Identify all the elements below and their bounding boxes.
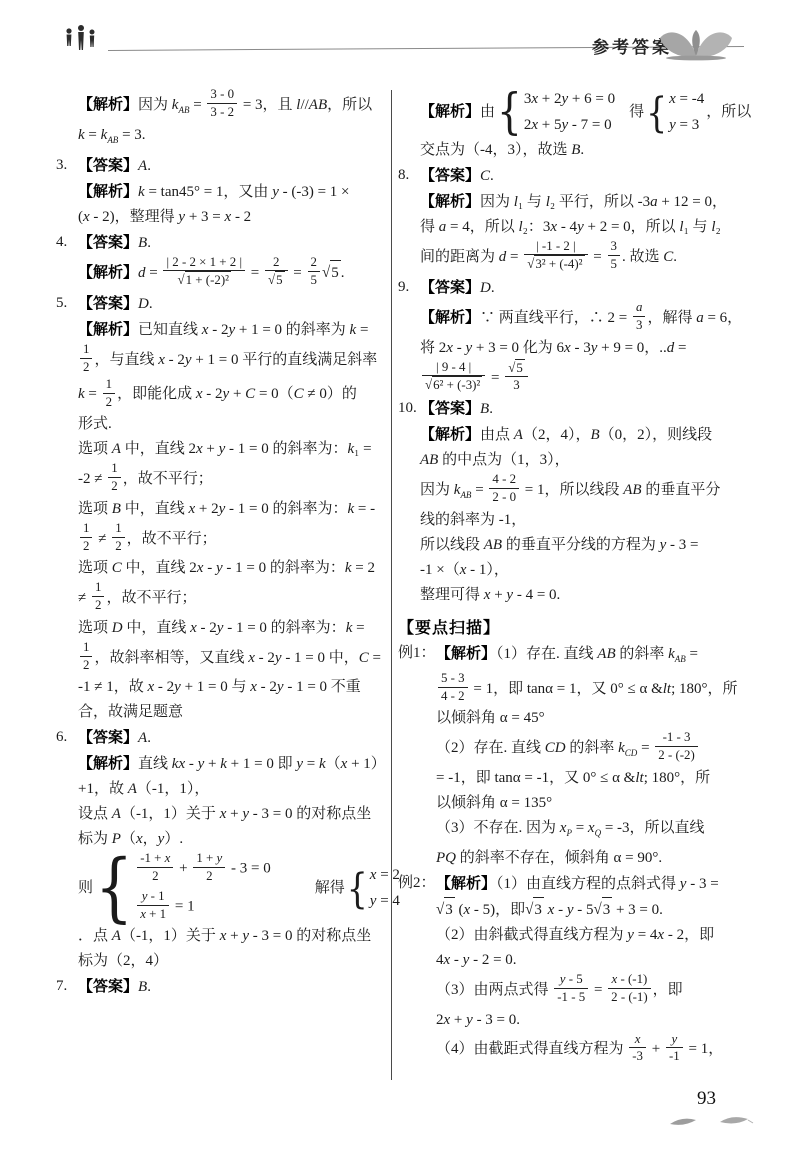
item-number: 6. bbox=[56, 725, 67, 750]
line-text: 【要点扫描】 bbox=[398, 620, 500, 637]
line-text: （3）由两点式得 y - 5-1 - 5 = x - (-1)2 - (-1)，… bbox=[436, 982, 683, 998]
right-column: 【解析】由{3x + 2y + 6 = 02x + 5y - 7 = 0得{x … bbox=[398, 88, 754, 1067]
content-line: 2x + y - 3 = 0. bbox=[398, 1008, 754, 1033]
line-text: 12，故斜率相等，又直线 x - 2y - 1 = 0 中，C = bbox=[78, 650, 381, 666]
answer-page: 参考答案 【解析】因为 kAB = 3 - 03 - 2 = 3，且 l//AB… bbox=[0, 0, 800, 1157]
line-text: 【解析】（1）由直线方程的点斜式得 y - 3 = bbox=[436, 876, 719, 892]
line-text: 所以线段 AB 的垂直平分线的方程为 y - 3 = bbox=[420, 537, 699, 553]
line-text: 选项 D 中，直线 x - 2y - 1 = 0 的斜率为：k = bbox=[78, 620, 365, 636]
line-text: k = 12，即能化成 x - 2y + C = 0（C ≠ 0）的 bbox=[78, 386, 357, 402]
content-line: k = 12，即能化成 x - 2y + C = 0（C ≠ 0）的 bbox=[56, 378, 390, 413]
line-text: = -1，即 tanα = -1，又 0° ≤ α &lt; 180°，所 bbox=[436, 770, 710, 786]
line-text: 【解析】d = | 2 - 2 × 1 + 2 |√1 + (-2)² = 2√… bbox=[78, 265, 344, 281]
content-line: 【解析】k = tan45° = 1，又由 y - (-3) = 1 × bbox=[56, 179, 390, 205]
content-line: PQ 的斜率不存在，倾斜角 α = 90°. bbox=[398, 846, 754, 871]
content-line: 8.【答案】C. bbox=[398, 163, 754, 189]
content-line: -1 ≠ 1，故 x - 2y + 1 = 0 与 x - 2y - 1 = 0… bbox=[56, 675, 390, 700]
content-line: 3.【答案】A. bbox=[56, 153, 390, 179]
content-line: 【解析】因为 l₁ 与 l₂ 平行，所以 -3a + 12 = 0， bbox=[398, 189, 754, 215]
content-line: 【解析】因为 kAB = 3 - 03 - 2 = 3，且 l//AB，所以 bbox=[56, 88, 390, 123]
line-text: 【解析】因为 kAB = 3 - 03 - 2 = 3，且 l//AB，所以 bbox=[78, 97, 372, 113]
line-text: -2 ≠ 12，故不平行； bbox=[78, 471, 213, 487]
line-text: 交点为（-4，3），故选 B. bbox=[420, 142, 584, 158]
content-line: 4.【答案】B. bbox=[56, 230, 390, 256]
line-text: 【解析】直线 kx - y + k + 1 = 0 即 y = k（x + 1） bbox=[78, 756, 386, 772]
line-text: 间的距离为 d = | -1 - 2 |√3² + (-4)² = 35. 故选… bbox=[420, 249, 677, 265]
content-line: 则{-1 + x2 + 1 + y2 - 3 = 0y - 1x + 1 = 1… bbox=[56, 852, 390, 924]
line-text: （2）存在. 直线 CD 的斜率 kCD = -1 - 32 - (-2) bbox=[436, 740, 700, 756]
line-text: 以倾斜角 α = 45° bbox=[436, 710, 545, 726]
content-line: 以倾斜角 α = 45° bbox=[398, 706, 754, 731]
content-line: （3）由两点式得 y - 5-1 - 5 = x - (-1)2 - (-1)，… bbox=[398, 973, 754, 1008]
content-line: 选项 A 中，直线 2x + y - 1 = 0 的斜率为：k₁ = bbox=[56, 437, 390, 462]
item-number: 3. bbox=[56, 153, 67, 178]
line-text: 【答案】B. bbox=[78, 235, 151, 251]
line-text: 选项 C 中，直线 2x - y - 1 = 0 的斜率为：k = 2 bbox=[78, 560, 375, 576]
content-line: 间的距离为 d = | -1 - 2 |√3² + (-4)² = 35. 故选… bbox=[398, 240, 754, 276]
content-line: 【解析】d = | 2 - 2 × 1 + 2 |√1 + (-2)² = 2√… bbox=[56, 256, 390, 292]
line-text: 形式. bbox=[78, 416, 112, 432]
content-line: 选项 C 中，直线 2x - y - 1 = 0 的斜率为：k = 2 bbox=[56, 556, 390, 581]
line-text: 【答案】A. bbox=[78, 158, 151, 174]
line-text: （2）由斜截式得直线方程为 y = 4x - 2，即 bbox=[436, 927, 714, 943]
line-text: 2x + y - 3 = 0. bbox=[436, 1012, 520, 1028]
line-text: 5 - 34 - 2 = 1，即 tanα = 1，又 0° ≤ α &lt; … bbox=[436, 681, 738, 697]
content-line: AB 的中点为（1，3）， bbox=[398, 448, 754, 473]
line-text: AB 的中点为（1，3）， bbox=[420, 452, 570, 468]
item-number: 9. bbox=[398, 275, 409, 300]
line-text: √3 (x - 5)，即√3 x - y - 5√3 + 3 = 0. bbox=[436, 902, 663, 918]
content-line: 6.【答案】A. bbox=[56, 725, 390, 751]
line-text: （3）不存在. 因为 xP = xQ = -3，所以直线 bbox=[436, 820, 705, 836]
content-line: | 9 - 4 |√6² + (-3)² = √53 bbox=[398, 361, 754, 397]
item-number: 例1： bbox=[398, 641, 436, 666]
content-line: 例2：【解析】（1）由直线方程的点斜式得 y - 3 = bbox=[398, 871, 754, 897]
content-line: 形式. bbox=[56, 412, 390, 437]
line-text: 【解析】k = tan45° = 1，又由 y - (-3) = 1 × bbox=[78, 184, 350, 200]
line-text: +1，故 A（-1，1）， bbox=[78, 781, 209, 797]
item-number: 10. bbox=[398, 396, 417, 421]
content-line: = -1，即 tanα = -1，又 0° ≤ α &lt; 180°，所 bbox=[398, 766, 754, 791]
content-line: 12，故斜率相等，又直线 x - 2y - 1 = 0 中，C = bbox=[56, 641, 390, 676]
line-text: 整理可得 x + y - 4 = 0. bbox=[420, 587, 560, 603]
content-line: （2）存在. 直线 CD 的斜率 kCD = -1 - 32 - (-2) bbox=[398, 731, 754, 766]
line-text: 【答案】B. bbox=[420, 401, 493, 417]
content-line: 【解析】直线 kx - y + k + 1 = 0 即 y = k（x + 1） bbox=[56, 751, 390, 777]
content-line: +1，故 A（-1，1）， bbox=[56, 777, 390, 802]
content-line: 【解析】由{3x + 2y + 6 = 02x + 5y - 7 = 0得{x … bbox=[398, 88, 754, 138]
page-number: 93 bbox=[697, 1088, 716, 1110]
line-text: 【答案】C. bbox=[420, 168, 494, 184]
line-text: 选项 A 中，直线 2x + y - 1 = 0 的斜率为：k₁ = bbox=[78, 441, 372, 457]
content-line: ≠ 12，故不平行； bbox=[56, 581, 390, 616]
content-line: 【解析】已知直线 x - 2y + 1 = 0 的斜率为 k = bbox=[56, 317, 390, 343]
content-line: 标为（2，4） bbox=[56, 949, 390, 974]
content-line: 4x - y - 2 = 0. bbox=[398, 948, 754, 973]
content-line: √3 (x - 5)，即√3 x - y - 5√3 + 3 = 0. bbox=[398, 897, 754, 923]
line-text: 【解析】∵ 两直线平行，∴ 2 = a3，解得 a = 6， bbox=[420, 310, 742, 326]
content-line: k = kAB = 3. bbox=[56, 123, 390, 153]
content-line: （2）由斜截式得直线方程为 y = 4x - 2，即 bbox=[398, 923, 754, 948]
line-text: 【答案】A. bbox=[78, 730, 151, 746]
line-text: 【解析】因为 l₁ 与 l₂ 平行，所以 -3a + 12 = 0， bbox=[420, 194, 727, 210]
item-number: 8. bbox=[398, 163, 409, 188]
line-text: 【答案】D. bbox=[78, 296, 153, 312]
line-text: 选项 B 中，直线 x + 2y - 1 = 0 的斜率为：k = - bbox=[78, 501, 375, 517]
moth-icon bbox=[652, 22, 740, 69]
content-line: 将 2x - y + 3 = 0 化为 6x - 3y + 9 = 0，..d … bbox=[398, 336, 754, 361]
content-line: 10.【答案】B. bbox=[398, 396, 754, 422]
line-text: （4）由截距式得直线方程为 x-3 + y-1 = 1， bbox=[436, 1041, 723, 1057]
line-text: 【解析】由{3x + 2y + 6 = 02x + 5y - 7 = 0得{x … bbox=[420, 104, 751, 120]
content-line: 【解析】∵ 两直线平行，∴ 2 = a3，解得 a = 6， bbox=[398, 301, 754, 336]
content-line: 线的斜率为 -1， bbox=[398, 508, 754, 533]
content-line: 7.【答案】B. bbox=[56, 974, 390, 1000]
content-line: 【解析】由点 A（2，4），B（0，2），则线段 bbox=[398, 422, 754, 448]
content-line: 合，故满足题意 bbox=[56, 700, 390, 725]
section-heading: 【要点扫描】 bbox=[398, 616, 754, 641]
content-line: 整理可得 x + y - 4 = 0. bbox=[398, 583, 754, 608]
column-divider bbox=[391, 90, 392, 1080]
line-text: 线的斜率为 -1， bbox=[420, 512, 526, 528]
content-line: 设点 A（-1，1）关于 x + y - 3 = 0 的对称点坐 bbox=[56, 802, 390, 827]
content-line: 9.【答案】D. bbox=[398, 275, 754, 301]
content-line: 因为 kAB = 4 - 22 - 0 = 1，所以线段 AB 的垂直平分 bbox=[398, 473, 754, 508]
line-text: 得 a = 4，所以 l₂：3x - 4y + 2 = 0，所以 l₁ 与 l₂ bbox=[420, 219, 721, 235]
content-line: 12，与直线 x - 2y + 1 = 0 平行的直线满足斜率 bbox=[56, 343, 390, 378]
content-line: 选项 B 中，直线 x + 2y - 1 = 0 的斜率为：k = - bbox=[56, 497, 390, 522]
content-line: -2 ≠ 12，故不平行； bbox=[56, 462, 390, 497]
item-number: 4. bbox=[56, 230, 67, 255]
line-text: -1 ≠ 1，故 x - 2y + 1 = 0 与 x - 2y - 1 = 0… bbox=[78, 679, 361, 695]
item-number: 7. bbox=[56, 974, 67, 999]
line-text: 【答案】B. bbox=[78, 979, 151, 995]
content-line: 5 - 34 - 2 = 1，即 tanα = 1，又 0° ≤ α &lt; … bbox=[398, 672, 754, 707]
left-column: 【解析】因为 kAB = 3 - 03 - 2 = 3，且 l//AB，所以k … bbox=[56, 88, 390, 1000]
line-text: 标为（2，4） bbox=[78, 953, 168, 969]
content-line: (x - 2)，整理得 y + 3 = x - 2 bbox=[56, 205, 390, 230]
walking-people-icon bbox=[60, 24, 108, 63]
content-line: 选项 D 中，直线 x - 2y - 1 = 0 的斜率为：k = bbox=[56, 616, 390, 641]
line-text: PQ 的斜率不存在，倾斜角 α = 90°. bbox=[436, 850, 662, 866]
content-line: 5.【答案】D. bbox=[56, 291, 390, 317]
line-text: ．点 A（-1，1）关于 x + y - 3 = 0 的对称点坐 bbox=[78, 928, 371, 944]
line-text: 以倾斜角 α = 135° bbox=[436, 795, 552, 811]
line-text: -1 ×（x - 1）， bbox=[420, 562, 509, 578]
content-line: -1 ×（x - 1）， bbox=[398, 558, 754, 583]
line-text: 【答案】D. bbox=[420, 280, 495, 296]
line-text: 12，与直线 x - 2y + 1 = 0 平行的直线满足斜率 bbox=[78, 352, 377, 368]
line-text: k = kAB = 3. bbox=[78, 127, 146, 143]
content-line: 以倾斜角 α = 135° bbox=[398, 791, 754, 816]
line-text: 设点 A（-1，1）关于 x + y - 3 = 0 的对称点坐 bbox=[78, 806, 371, 822]
line-text: 12 ≠ 12，故不平行； bbox=[78, 531, 217, 547]
item-number: 例2： bbox=[398, 871, 436, 896]
line-text: 4x - y - 2 = 0. bbox=[436, 952, 517, 968]
line-text: 【解析】由点 A（2，4），B（0，2），则线段 bbox=[420, 427, 712, 443]
content-line: 所以线段 AB 的垂直平分线的方程为 y - 3 = bbox=[398, 533, 754, 558]
line-text: ≠ 12，故不平行； bbox=[78, 590, 196, 606]
content-line: 得 a = 4，所以 l₂：3x - 4y + 2 = 0，所以 l₁ 与 l₂ bbox=[398, 215, 754, 240]
content-line: 例1：【解析】（1）存在. 直线 AB 的斜率 kAB = bbox=[398, 641, 754, 672]
content-line: ．点 A（-1，1）关于 x + y - 3 = 0 的对称点坐 bbox=[56, 924, 390, 949]
line-text: | 9 - 4 |√6² + (-3)² = √53 bbox=[420, 370, 530, 386]
line-text: 合，故满足题意 bbox=[78, 704, 183, 720]
content-line: 交点为（-4，3），故选 B. bbox=[398, 138, 754, 163]
line-text: 因为 kAB = 4 - 22 - 0 = 1，所以线段 AB 的垂直平分 bbox=[420, 482, 720, 498]
content-line: （4）由截距式得直线方程为 x-3 + y-1 = 1， bbox=[398, 1033, 754, 1068]
leaf-flourish-icon bbox=[668, 1114, 754, 1135]
line-text: (x - 2)，整理得 y + 3 = x - 2 bbox=[78, 209, 251, 225]
line-text: 【解析】已知直线 x - 2y + 1 = 0 的斜率为 k = bbox=[78, 322, 368, 338]
content-line: 12 ≠ 12，故不平行； bbox=[56, 522, 390, 557]
line-text: 则{-1 + x2 + 1 + y2 - 3 = 0y - 1x + 1 = 1… bbox=[78, 880, 402, 896]
content-line: （3）不存在. 因为 xP = xQ = -3，所以直线 bbox=[398, 816, 754, 846]
item-number: 5. bbox=[56, 291, 67, 316]
line-text: 【解析】（1）存在. 直线 AB 的斜率 kAB = bbox=[436, 646, 698, 662]
line-text: 将 2x - y + 3 = 0 化为 6x - 3y + 9 = 0，..d … bbox=[420, 340, 687, 356]
